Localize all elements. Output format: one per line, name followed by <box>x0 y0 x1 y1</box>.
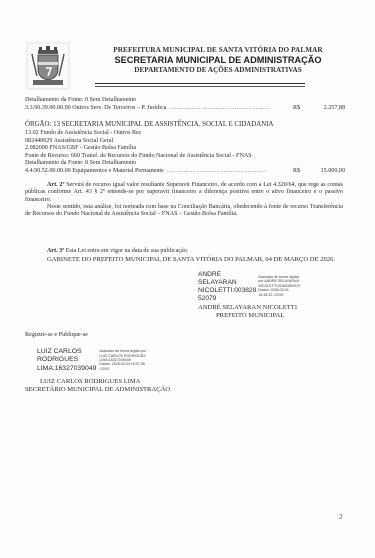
municipality-name: PREFEITURA MUNICIPAL DE SANTA VITÓRIA DO… <box>88 46 348 54</box>
article-2-paragraph-text: Neste sentido, esta análise, foi nortead… <box>25 204 343 217</box>
signature-stamp: Assinado de forma digital por ANDRE SELA… <box>258 275 300 297</box>
secretary-printed-name: LUIZ CARLOS RODRIGUES LIMA <box>40 378 141 385</box>
signer-name-line: 52079 <box>198 295 256 303</box>
letterhead: PREFEITURA MUNICIPAL DE SANTA VITÓRIA DO… <box>88 46 348 74</box>
orgao-heading: ÓRGÃO: 13 SECRETARIA MUNICIPAL DE ASSIST… <box>25 121 273 128</box>
article-2-label: Art. 2º <box>47 182 64 188</box>
article-2: Art. 2º Servirá de recurso igual valor r… <box>25 182 343 204</box>
signer-name-line: RODRIGUES <box>37 356 96 364</box>
line-item-description: 4.4.90.52.00.00.00 Equipamentos e Materi… <box>25 168 164 174</box>
gabinete-dateline: GABINETE DO PREFEITO MUNICIPAL DE SANTA … <box>25 256 343 264</box>
block2-line: 082440029 Assistência Social Geral <box>25 138 113 145</box>
stamp-line: 15:38:32 -03'00' <box>258 293 300 297</box>
signer-name-line: NICOLETTI:003828 <box>198 287 256 295</box>
signer-name-line: SELAYARAN <box>198 279 256 287</box>
header-divider-thin <box>95 86 305 87</box>
secretariat-name: SECRETARIA MUNICIPAL DE ADMINISTRAÇÃO <box>88 55 348 65</box>
article-3: Art. 3º Esta Lei entra em vigor na data … <box>25 248 343 255</box>
line-item-description: 3.3.90.39.00.00.00 Outros Serv. De Terce… <box>25 105 166 111</box>
stamp-line: -03'00' <box>99 367 146 371</box>
page-number: 2 <box>339 513 343 521</box>
currency-symbol: R$ <box>293 105 311 111</box>
article-2-paragraph: Neste sentido, esta análise, foi nortead… <box>25 204 343 219</box>
line-item-amount: 2.257,88 <box>311 105 345 111</box>
block2-line-item: 4.4.90.52.00.00.00 Equipamentos e Materi… <box>25 168 345 174</box>
block2-line: 2.082000 FNAS/GBF - Gestão Bolsa Família <box>25 145 136 152</box>
stamp-line: Assinado de forma digital por <box>99 349 146 353</box>
article-3-label: Art. 3º <box>47 248 64 254</box>
coat-of-arms-icon <box>26 42 70 90</box>
header-divider <box>95 83 305 84</box>
signer-name-line: LUIZ CARLOS <box>37 348 96 356</box>
block1-line-item: 3.3.90.39.00.00.00 Outros Serv. De Terce… <box>25 105 345 111</box>
department-name: DEPARTAMENTO DE AÇÕES ADMINISTRATIVAS <box>88 66 348 74</box>
mayor-title: PREFEITO MUNICIPAL <box>216 312 284 319</box>
signer-name-block: ANDRE SELAYARAN NICOLETTI:003828 52079 <box>198 271 256 303</box>
line-item-amount: 15.000,00 <box>311 168 345 174</box>
block2-line: 13.02 Fundo de Assistência Social - Outr… <box>25 130 141 137</box>
block2-line: Detalhamento da Fonte: 0 Sem Detalhament… <box>25 160 136 167</box>
gabinete-text: GABINETE DO PREFEITO MUNICIPAL DE SANTA … <box>47 256 335 263</box>
signer-name-block: LUIZ CARLOS RODRIGUES LIMA:16327039049 <box>37 348 96 373</box>
secretary-title: SECRETÁRIO MUNICIPAL DE ADMINISTRAÇÃO <box>25 386 170 393</box>
signer-name-line: ANDRE <box>198 271 256 279</box>
mayor-printed-name: ANDRÉ SELAYARAN NICOLETTI <box>198 304 297 311</box>
leader-dots: ........................................… <box>169 105 290 111</box>
signer-name-line: LIMA:16327039049 <box>37 365 96 373</box>
currency-symbol: R$ <box>293 168 311 174</box>
article-3-text: Esta Lei entra em vigor na data de sua p… <box>64 248 188 254</box>
leader-dots: ........................................… <box>167 168 290 174</box>
signature-stamp: Assinado de forma digital por LUIZ CARLO… <box>99 349 146 371</box>
mayor-digital-signature: ANDRE SELAYARAN NICOLETTI:003828 52079 A… <box>198 271 300 303</box>
registre-publique: Registre-se e Publique-se <box>25 331 88 338</box>
secretary-digital-signature: LUIZ CARLOS RODRIGUES LIMA:16327039049 A… <box>37 348 146 373</box>
block2-line: Fonte de Recurso: 660 Transf. de Recurso… <box>25 153 252 160</box>
document-page: PREFEITURA MUNICIPAL DE SANTA VITÓRIA DO… <box>0 0 375 558</box>
article-2-text: Servirá de recurso igual valor resultant… <box>25 182 343 203</box>
block1-detalhamento: Detalhamento da Fonte: 0 Sem Detalhament… <box>25 97 136 104</box>
